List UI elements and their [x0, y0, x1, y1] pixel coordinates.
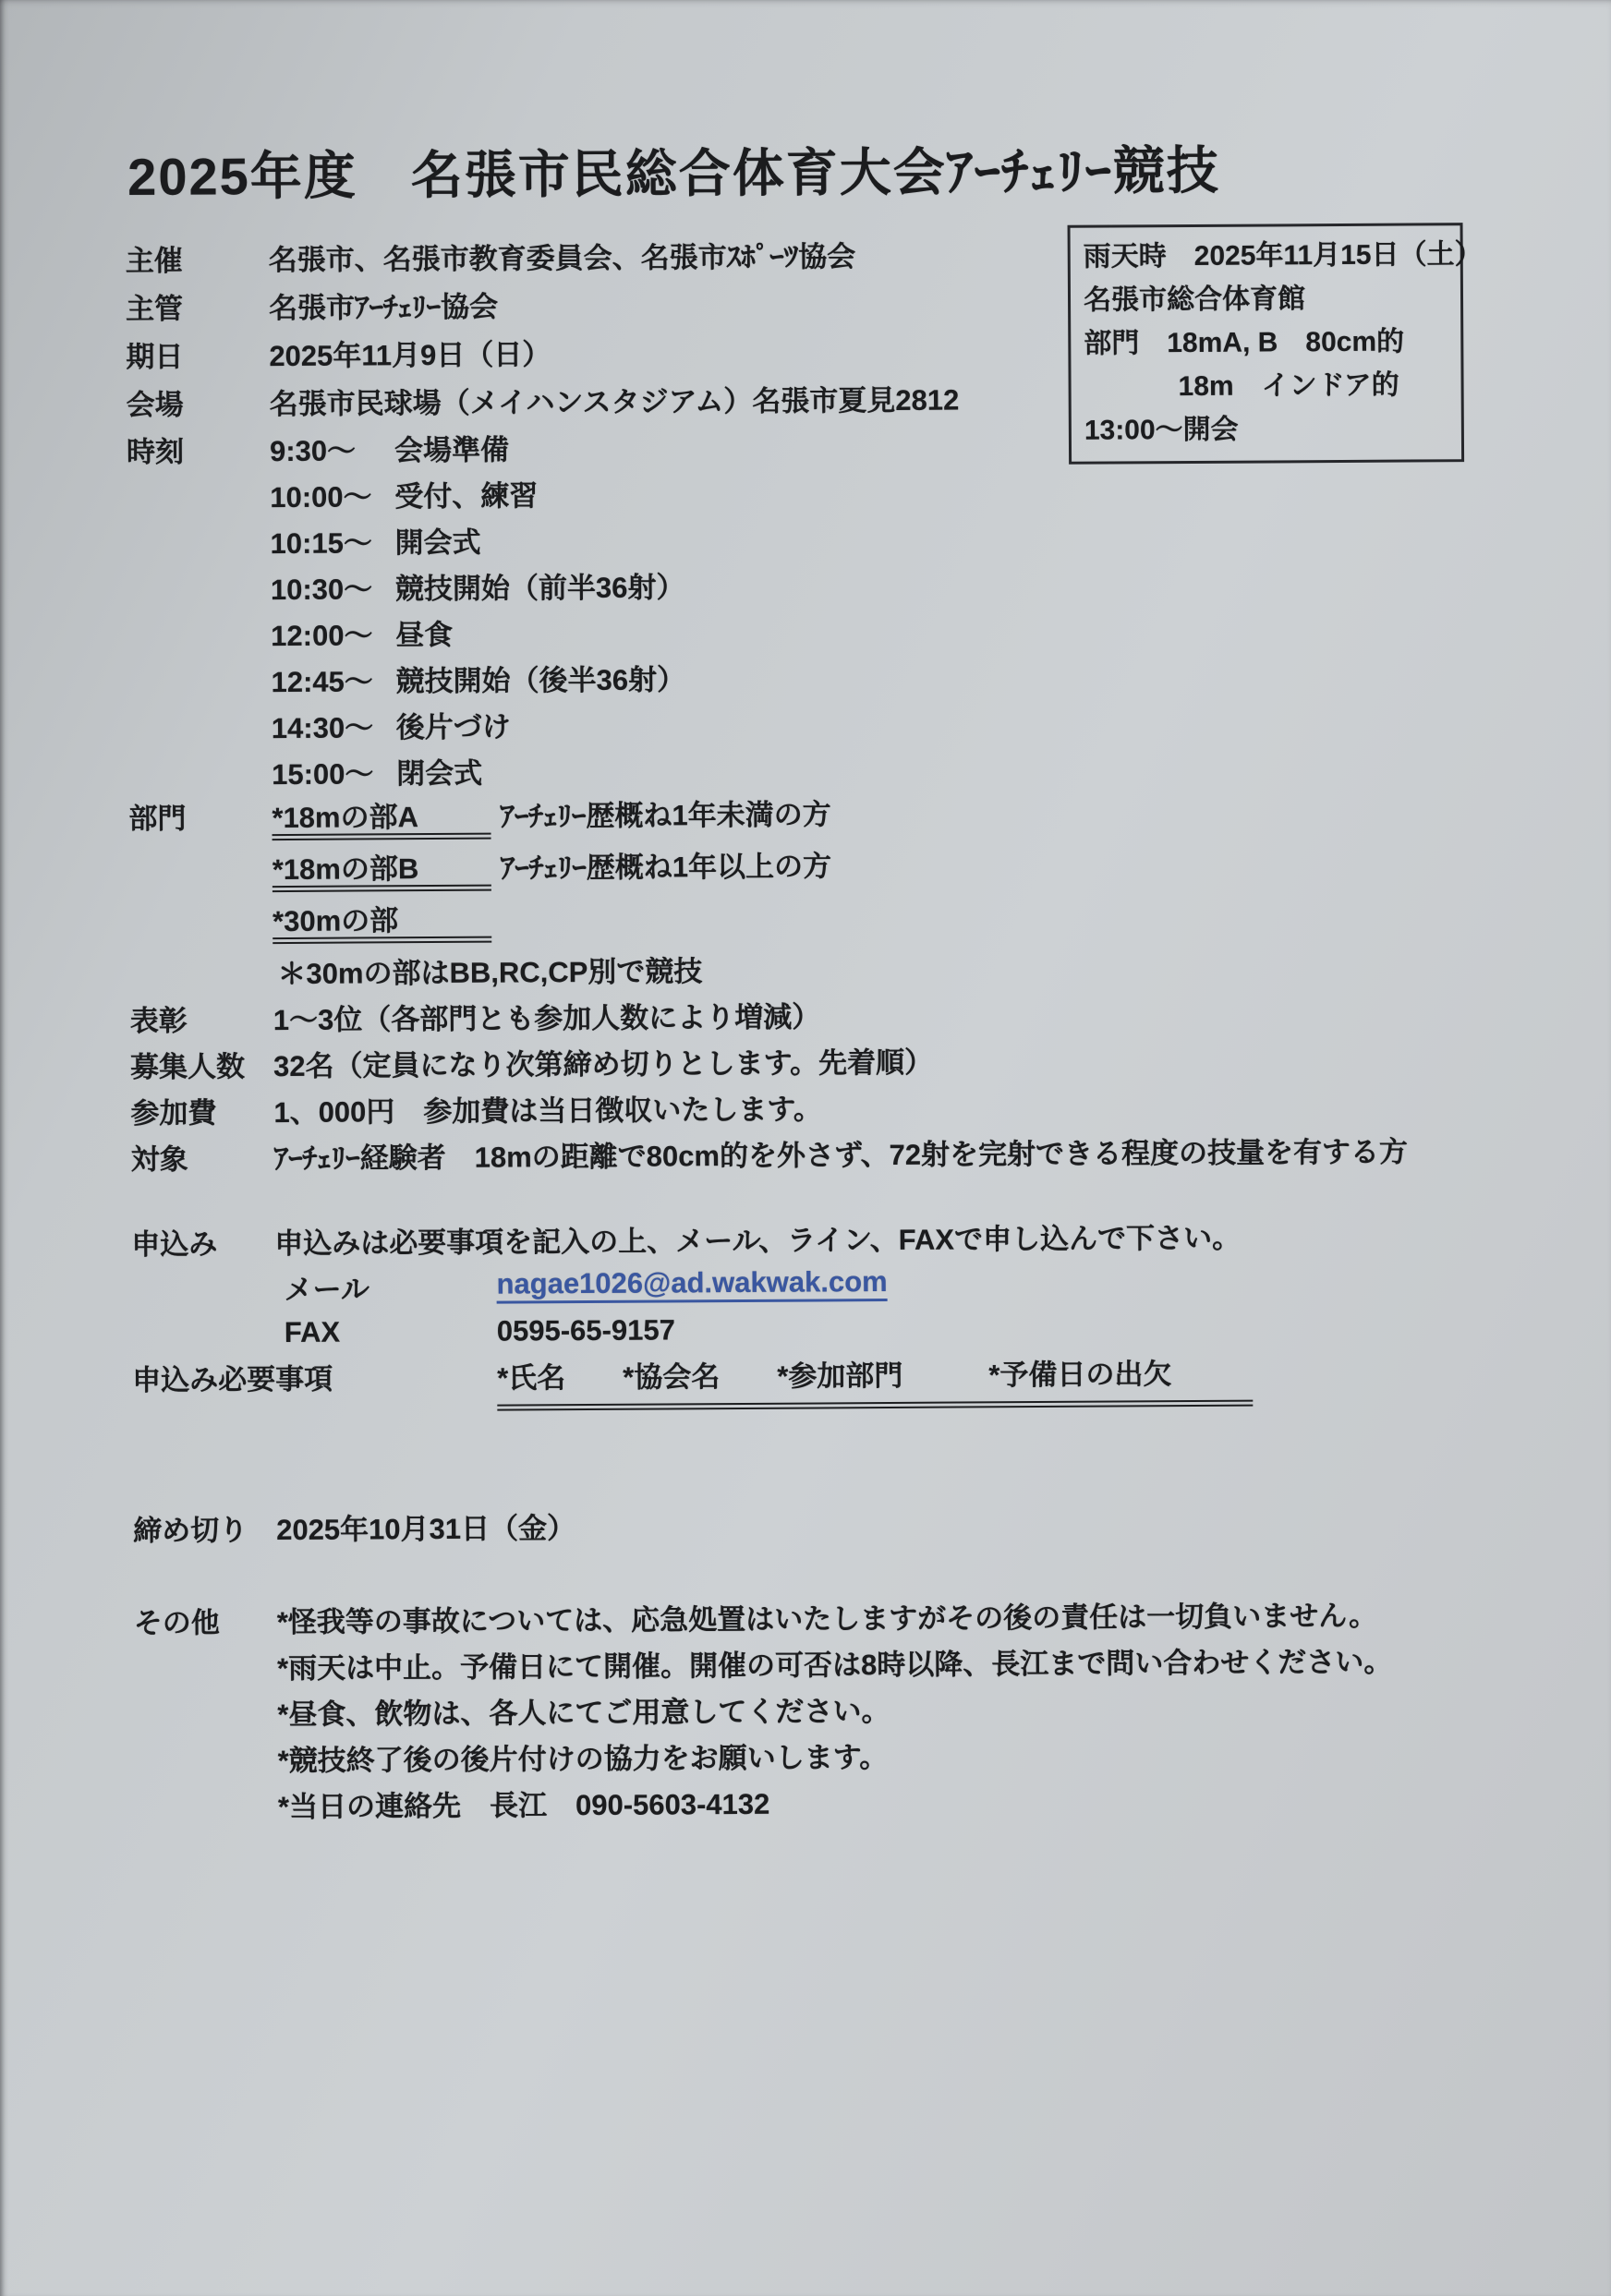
- value-date: 2025年11月9日（日）: [269, 331, 551, 374]
- schedule-time: 12:00～: [271, 611, 395, 654]
- indent: [129, 971, 277, 972]
- indent: [134, 1665, 277, 1666]
- value-capacity: 32名（定員になり次第締め切りとします。先着順）: [273, 1038, 933, 1083]
- schedule-activity: 閉会式: [396, 749, 482, 792]
- schedule-time: 9:30～: [270, 427, 394, 469]
- row-required-items: 申込み必要事項 *氏名 *協会名 *参加部門 *予備日の出欠: [132, 1347, 1573, 1410]
- indent: [127, 540, 271, 541]
- indent: [128, 679, 272, 680]
- schedule-activity: 会場準備: [394, 426, 509, 468]
- indent: [135, 1804, 278, 1805]
- value-venue: 名張市民球場（メイハンスタジアム）名張市夏見2812: [270, 376, 960, 422]
- value-management: 名張市ｱｰﾁｪﾘｰ協会: [269, 283, 498, 326]
- label-others: その他: [134, 1599, 277, 1641]
- schedule-activity: 競技開始（前半36射）: [395, 563, 685, 607]
- value-organizer: 名張市、名張市教育委員会、名張市ｽﾎﾟｰﾂ協会: [269, 233, 856, 278]
- division-term: *30mの部: [273, 897, 491, 944]
- other-note: *昼食、飲物は、各人にてご用意してください。: [277, 1687, 890, 1733]
- label-schedule: 時刻: [127, 428, 270, 470]
- indent: [129, 898, 273, 899]
- schedule-activity: 昼食: [395, 610, 453, 652]
- division-note: ＊30mの部はBB,RC,CP別で競技: [277, 948, 702, 992]
- label-fee: 参加費: [130, 1089, 273, 1131]
- indent: [128, 725, 272, 726]
- other-note: *怪我等の事故については、応急処置はいたしますがその後の責任は一切負いません。: [277, 1591, 1378, 1639]
- schedule-time: 10:00～: [270, 473, 394, 515]
- value-awards: 1～3位（各部門とも参加人数により増減）: [273, 993, 821, 1038]
- label-fax: FAX: [285, 1315, 497, 1349]
- schedule-time: 10:30～: [271, 565, 395, 608]
- indent: [132, 1333, 285, 1334]
- required-items: *氏名 *協会名 *参加部門 *予備日の出欠: [497, 1350, 1253, 1411]
- division-desc: ｱｰﾁｪﾘｰ歴概ね1年未満の方: [500, 791, 831, 834]
- row-management: 主管 名張市ｱｰﾁｪﾘｰ協会: [126, 272, 1567, 330]
- other-note: *競技終了後の後片付けの協力をお願いします。: [278, 1734, 889, 1779]
- label-email: メール: [284, 1264, 496, 1307]
- label-management: 主管: [126, 284, 269, 327]
- value-eligibility: ｱｰﾁｪﾘｰ経験者 18mの距離で80cm的を外さず、72射を完射できる程度の技…: [274, 1128, 1409, 1176]
- paper-sheet: 2025年度 名張市民総合体育大会ｱｰﾁｪﾘｰ競技 雨天時 2025年11月15…: [0, 0, 1611, 2296]
- schedule-activity: 後片づけ: [396, 703, 511, 745]
- spacer: [132, 1401, 1574, 1504]
- row-date: 期日 2025年11月9日（日）: [126, 320, 1567, 378]
- indent: [132, 1287, 285, 1287]
- label-venue: 会場: [127, 381, 270, 423]
- other-note: *雨天は中止。予備日にて開催。開催の可否は8時以降、長江まで問い合わせください。: [277, 1637, 1393, 1686]
- schedule-time: 10:15～: [270, 519, 394, 562]
- page-title: 2025年度 名張市民総合体育大会ｱｰﾁｪﾘｰ競技: [127, 130, 1220, 211]
- division-row: *30mの部: [129, 889, 1570, 949]
- indent: [134, 1711, 277, 1712]
- indent: [129, 846, 273, 847]
- indent: [127, 586, 271, 587]
- division-row: *18mの部B ｱｰﾁｪﾘｰ歴概ね1年以上の方: [129, 838, 1570, 899]
- row-venue: 会場 名張市民球場（メイハンスタジアム）名張市夏見2812: [127, 369, 1568, 426]
- application-intro: 申込みは必要事項を記入の上、メール、ライン、FAXで申し込んで下さい。: [274, 1214, 1241, 1261]
- indent: [127, 494, 270, 495]
- row-organizer: 主催 名張市、名張市教育委員会、名張市ｽﾎﾟｰﾂ協会: [126, 224, 1567, 282]
- other-note-row: *当日の連絡先 長江 090-5603-4132: [135, 1772, 1576, 1828]
- value-deadline: 2025年10月31日（金）: [276, 1504, 575, 1548]
- indent: [128, 771, 272, 772]
- value-fee: 1、000円 参加費は当日徴収いたします。: [273, 1085, 822, 1130]
- label-divisions: 部門: [128, 794, 272, 837]
- other-note: *当日の連絡先 長江 090-5603-4132: [278, 1780, 770, 1824]
- label-awards: 表彰: [130, 997, 273, 1039]
- indent: [135, 1758, 278, 1758]
- email-link[interactable]: nagae1026@ad.wakwak.com: [496, 1265, 887, 1304]
- label-required-items: 申込み必要事項: [132, 1355, 497, 1398]
- schedule-activity: 受付、練習: [394, 472, 538, 514]
- schedule-time: 14:30～: [272, 704, 396, 746]
- division-row: 部門 *18mの部A ｱｰﾁｪﾘｰ歴概ね1年未満の方: [128, 786, 1569, 847]
- label-deadline: 締め切り: [133, 1506, 276, 1549]
- label-application: 申込み: [131, 1220, 274, 1263]
- schedule-activity: 開会式: [394, 518, 480, 561]
- division-desc: ｱｰﾁｪﾘｰ歴概ね1年以上の方: [501, 842, 832, 886]
- label-organizer: 主催: [126, 236, 269, 279]
- document-body: 主催 名張市、名張市教育委員会、名張市ｽﾎﾟｰﾂ協会 主管 名張市ｱｰﾁｪﾘｰ協…: [126, 224, 1577, 1827]
- fax-number: 0595-65-9157: [497, 1313, 675, 1347]
- schedule-time: 15:00～: [272, 750, 396, 792]
- scanned-document-page: 2025年度 名張市民総合体育大会ｱｰﾁｪﾘｰ競技 雨天時 2025年11月15…: [0, 0, 1611, 2296]
- division-term: *18mの部B: [273, 845, 491, 892]
- label-eligibility: 対象: [131, 1135, 274, 1178]
- schedule-activity: 競技開始（後半36射）: [395, 656, 685, 699]
- indent: [127, 633, 271, 634]
- division-term: *18mの部A: [272, 793, 491, 840]
- label-capacity: 募集人数: [130, 1043, 273, 1085]
- label-date: 期日: [126, 332, 269, 375]
- schedule-time: 12:45～: [271, 658, 395, 700]
